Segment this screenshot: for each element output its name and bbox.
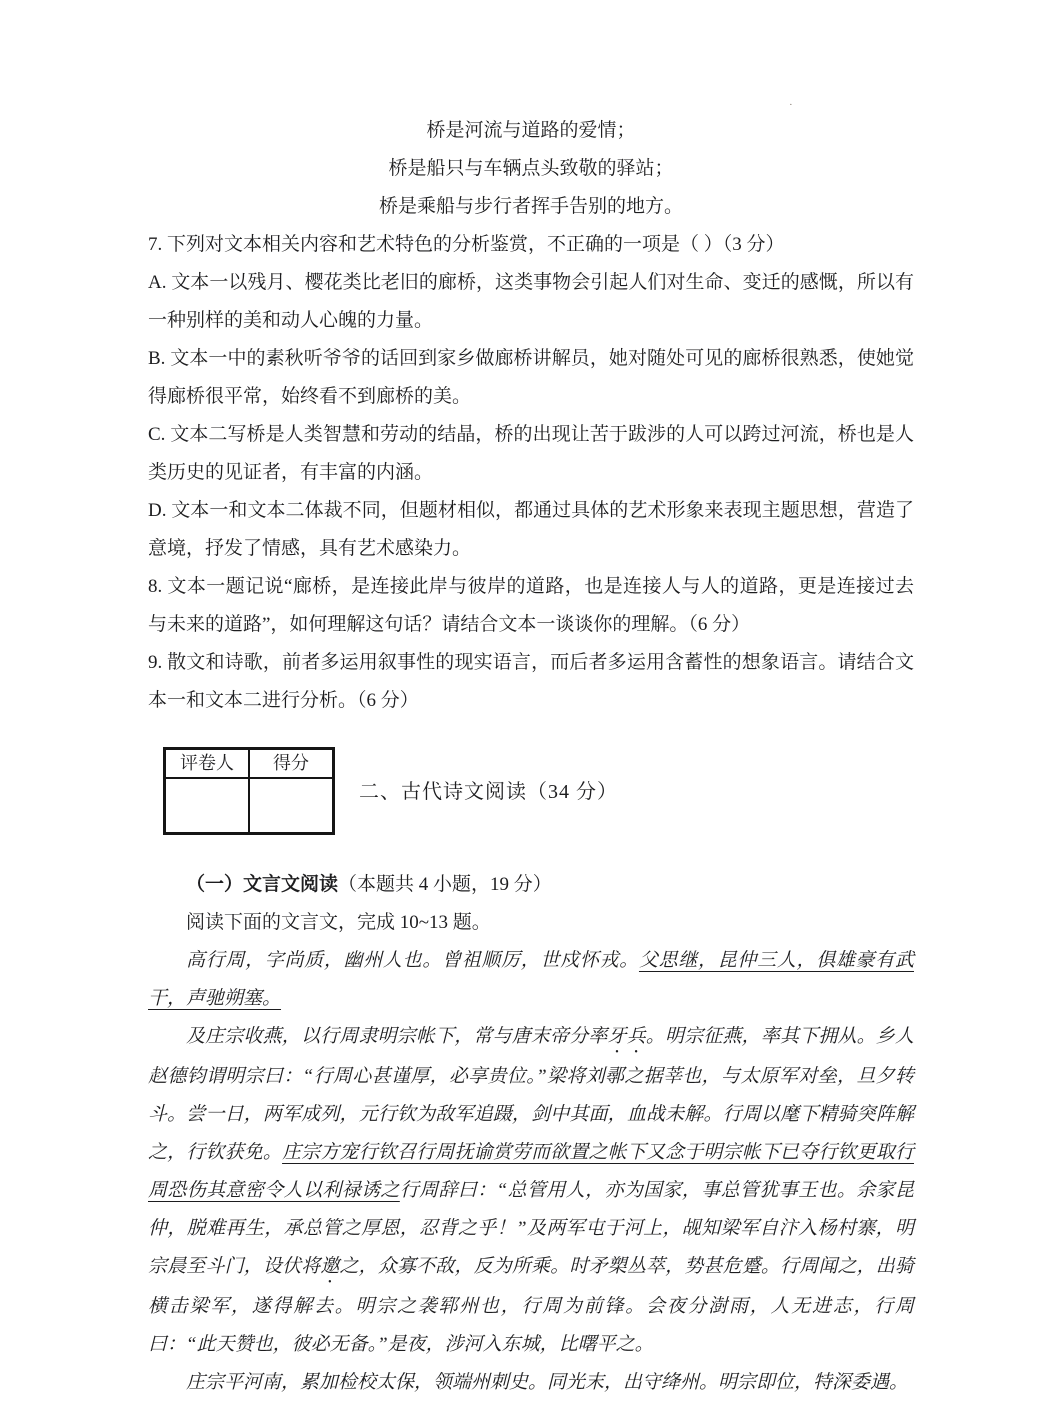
text-run: C. 文本二写桥是人类智慧和劳动的结晶，桥的出现让苦于跋涉的人可以跨过河流，桥也… <box>148 424 914 483</box>
poem-line-1: 桥是河流与道路的爱情； <box>148 112 914 150</box>
text-run: 7. 下列对文本相关内容和艺术特色的分析鉴赏，不正确的一项是（ ）（3 分） <box>148 234 785 255</box>
score-table-value-row <box>165 778 334 834</box>
question-7-option-b: B. 文本一中的素秋听爷爷的话回到家乡做廊桥讲解员，她对随处可见的廊桥很熟悉，使… <box>148 340 914 416</box>
text-run: （本题共 4 小题，19 分） <box>338 874 552 895</box>
question-8: 8. 文本一题记说“廊桥，是连接此岸与彼岸的道路，也是连接人与人的道路，更是连接… <box>148 568 914 644</box>
text-run: 高行周，字尚质，幽州人也。曾祖顺厉，世戍怀戎。 <box>186 950 639 971</box>
text-run: 阅读下面的文言文，完成 10~13 题。 <box>186 912 491 933</box>
classical-paragraph-1: 高行周，字尚质，幽州人也。曾祖顺厉，世戍怀戎。父思继，昆仲三人，俱雄豪有武干，声… <box>148 942 914 1018</box>
emphasis-dotted-text-run: 邀 <box>320 1256 339 1277</box>
exam-paper-page: · 桥是河流与道路的爱情；桥是船只与车辆点头致敬的驿站；桥是乘船与步行者挥手告别… <box>0 0 1061 1415</box>
text-run: 桥是船只与车辆点头致敬的驿站； <box>388 158 673 179</box>
text-run: 9. 散文和诗歌，前者多运用叙事性的现实语言，而后者多运用含蓄性的想象语言。请结… <box>148 652 914 711</box>
page-content: 桥是河流与道路的爱情；桥是船只与车辆点头致敬的驿站；桥是乘船与步行者挥手告别的地… <box>148 112 914 1402</box>
question-7-option-c: C. 文本二写桥是人类智慧和劳动的结晶，桥的出现让苦于跋涉的人可以跨过河流，桥也… <box>148 416 914 492</box>
question-7-option-d: D. 文本一和文本二体裁不同，但题材相似，都通过具体的艺术形象来表现主题思想，营… <box>148 492 914 568</box>
score-table-header-grader: 评卷人 <box>165 749 250 779</box>
poem-line-2: 桥是船只与车辆点头致敬的驿站； <box>148 150 914 188</box>
poem-line-3: 桥是乘船与步行者挥手告别的地方。 <box>148 188 914 226</box>
score-table: 评卷人 得分 <box>163 747 335 835</box>
score-table-cell-score <box>249 778 334 834</box>
question-9: 9. 散文和诗歌，前者多运用叙事性的现实语言，而后者多运用含蓄性的想象语言。请结… <box>148 644 914 720</box>
text-run: B. 文本一中的素秋听爷爷的话回到家乡做廊桥讲解员，她对随处可见的廊桥很熟悉，使… <box>148 348 914 407</box>
bold-heading-text-run: （一）文言文阅读 <box>186 874 338 895</box>
stray-dot-mark: · <box>789 100 793 111</box>
score-table-row: 评卷人 得分 二、古代诗文阅读（34 分） <box>163 747 914 835</box>
text-run: 桥是乘船与步行者挥手告别的地方。 <box>379 196 683 217</box>
question-7-option-a: A. 文本一以残月、樱花类比老旧的廊桥，这类事物会引起人们对生命、变迁的感慨，所… <box>148 264 914 340</box>
score-table-header-score: 得分 <box>249 749 334 779</box>
text-run: 8. 文本一题记说“廊桥，是连接此岸与彼岸的道路，也是连接人与人的道路，更是连接… <box>148 576 914 635</box>
section-2-title: 二、古代诗文阅读（34 分） <box>359 773 618 811</box>
subsection-heading: （一）文言文阅读（本题共 4 小题，19 分） <box>148 866 914 904</box>
score-table-cell-grader <box>165 778 250 834</box>
classical-paragraph-2: 及庄宗收燕，以行周隶明宗帐下，常与唐末帝分率牙兵。明宗征燕，率其下拥从。乡人赵德… <box>148 1018 914 1364</box>
text-run: 庄宗平河南，累加检校太保，领端州刺史。同光末，出守绛州。明宗即位，特深委遇。 <box>186 1372 908 1393</box>
text-run: A. 文本一以残月、樱花类比老旧的廊桥，这类事物会引起人们对生命、变迁的感慨，所… <box>148 272 914 331</box>
modern-text-questions-block: 桥是河流与道路的爱情；桥是船只与车辆点头致敬的驿站；桥是乘船与步行者挥手告别的地… <box>148 112 914 720</box>
instruction-line: 阅读下面的文言文，完成 10~13 题。 <box>148 904 914 942</box>
text-run: 及庄宗收燕，以行周隶明宗帐下，常与唐末帝分率 <box>186 1026 608 1047</box>
classical-reading-block: （一）文言文阅读（本题共 4 小题，19 分）阅读下面的文言文，完成 10~13… <box>148 866 914 1402</box>
text-run: 桥是河流与道路的爱情； <box>426 120 635 141</box>
classical-paragraph-3: 庄宗平河南，累加检校太保，领端州刺史。同光末，出守绛州。明宗即位，特深委遇。 <box>148 1364 914 1402</box>
text-run: D. 文本一和文本二体裁不同，但题材相似，都通过具体的艺术形象来表现主题思想，营… <box>148 500 914 559</box>
emphasis-dotted-text-run: 牙兵 <box>608 1026 646 1047</box>
question-7-stem: 7. 下列对文本相关内容和艺术特色的分析鉴赏，不正确的一项是（ ）（3 分） <box>148 226 914 264</box>
score-table-header-row: 评卷人 得分 <box>165 749 334 779</box>
